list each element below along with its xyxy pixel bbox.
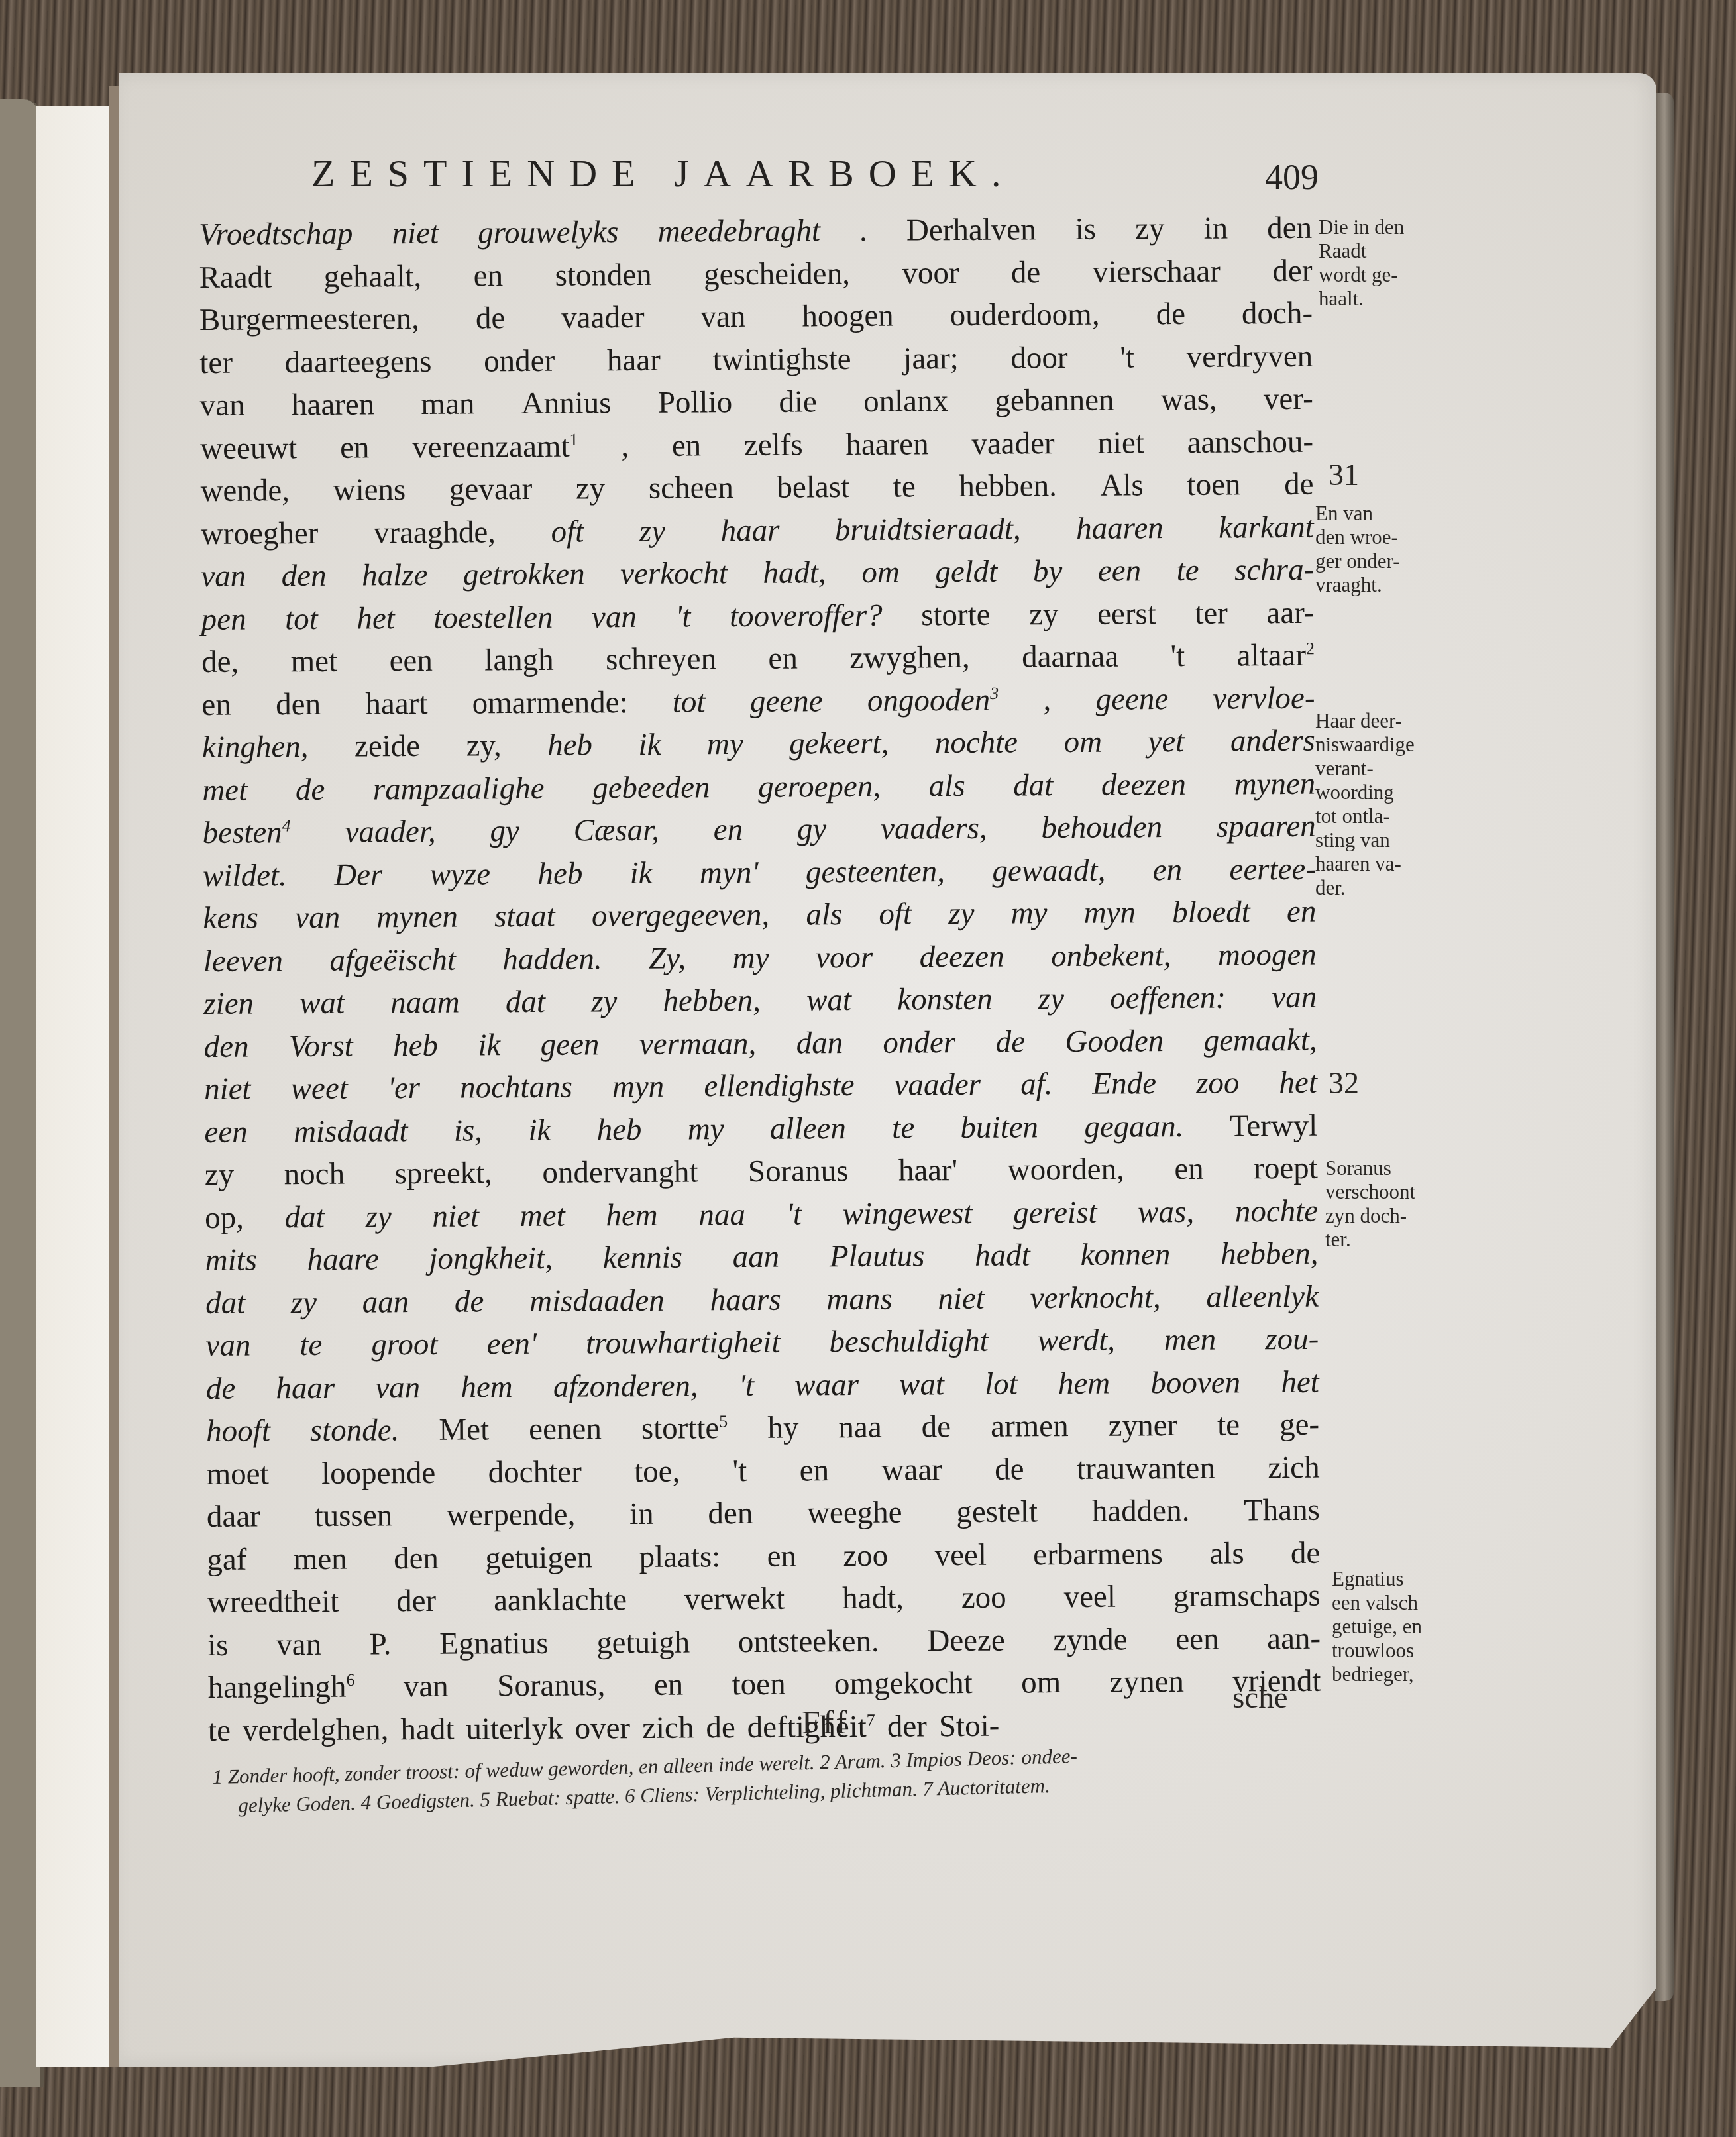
word: niet <box>938 1277 985 1320</box>
word: als <box>1209 1532 1244 1575</box>
word: verdryven <box>1187 335 1313 378</box>
word: haart <box>365 682 427 725</box>
word: verknocht, <box>1030 1276 1160 1320</box>
word: hooft <box>206 1409 270 1452</box>
word: loopende <box>321 1451 436 1495</box>
word: de <box>455 1280 484 1323</box>
word: een <box>389 639 433 683</box>
word: 't <box>1120 336 1134 379</box>
word: hy <box>767 1407 798 1450</box>
word: yet <box>1148 720 1184 763</box>
word: haaren <box>845 423 929 466</box>
word: veel <box>1063 1576 1116 1619</box>
margin-note-line: haaren va- <box>1315 852 1488 876</box>
word: mans <box>826 1278 893 1321</box>
word: naa <box>838 1406 882 1449</box>
word: was, <box>1138 1190 1194 1233</box>
word: hangelingh6 <box>207 1666 354 1710</box>
word: weeghe <box>807 1492 902 1535</box>
word: alleenlyk <box>1206 1275 1319 1319</box>
word: waar <box>794 1363 859 1406</box>
word: ongooden3 <box>867 679 999 722</box>
word: en <box>768 637 798 680</box>
word: , <box>621 425 629 468</box>
word: zy <box>1038 977 1065 1020</box>
word: misdaadt <box>294 1110 408 1154</box>
word: zoo <box>1196 1062 1240 1105</box>
word: hebben, <box>663 979 761 1022</box>
word: van <box>700 296 745 339</box>
word: moogen <box>1218 933 1317 976</box>
word: vaader, <box>345 810 435 853</box>
word: afgeëischt <box>329 938 456 982</box>
word: Burgermeesteren, <box>199 298 419 342</box>
word: deezen <box>920 935 1004 978</box>
word: myn' <box>700 851 759 894</box>
word: in <box>629 1493 654 1536</box>
word: Terwyl <box>1230 1104 1318 1147</box>
margin-note-line: verant- <box>1315 757 1488 781</box>
margin-note-line: bedrieger, <box>1332 1663 1504 1686</box>
word: grouwelyks <box>478 211 619 254</box>
margin-note-line: getuige, en <box>1332 1615 1504 1639</box>
word: daarteegens <box>285 340 432 384</box>
word: vervloe- <box>1213 677 1315 720</box>
word: dat <box>506 981 545 1024</box>
word: de <box>206 1367 236 1410</box>
word: onbekent, <box>1051 934 1171 978</box>
text-line: Vroedtschapnietgrouwelyksmeedebraght.Der… <box>199 207 1312 256</box>
word: als <box>806 893 842 936</box>
word: hebben. <box>959 465 1057 508</box>
margin-note-line: ter. <box>1325 1228 1497 1252</box>
word: 't <box>739 1364 755 1407</box>
word: Cæsar, <box>573 809 659 852</box>
word: behouden <box>1041 806 1162 849</box>
word: aanklachte <box>494 1578 627 1622</box>
margin-note-line: ger onder- <box>1315 549 1488 573</box>
word: ter <box>199 341 233 384</box>
word: waar <box>881 1449 942 1492</box>
word: van <box>200 384 245 427</box>
text-line: weeuwtenvereenzaamt1,enzelfshaarenvaader… <box>200 420 1313 470</box>
margin-note-line: sting van <box>1315 828 1488 852</box>
word: geene <box>1095 678 1168 721</box>
margin-note-line: haalt. <box>1319 287 1491 311</box>
word: getuigen <box>485 1536 592 1579</box>
word: zou- <box>1265 1318 1319 1361</box>
word: nochtans <box>460 1066 572 1110</box>
word: ik <box>638 724 661 767</box>
word: zy <box>591 980 618 1023</box>
word: gy <box>490 810 519 853</box>
margin-note-line: En van <box>1315 502 1488 525</box>
word: daar <box>207 1495 260 1538</box>
text-line: pentothettoestellenvan'ttooveroffer?stor… <box>201 591 1315 641</box>
word: daarnaa <box>1022 635 1119 679</box>
word: toen <box>1187 463 1240 506</box>
word: hadden. <box>1092 1490 1190 1533</box>
word: toe, <box>634 1450 680 1493</box>
margin-note-line: tot ontla- <box>1315 804 1488 828</box>
text-line: wende,wiensgevaarzyscheenbelasttehebben.… <box>200 463 1313 513</box>
word: gereist <box>1013 1191 1097 1234</box>
word: . <box>859 209 867 252</box>
word: kinghen, <box>202 726 309 769</box>
word: een' <box>486 1323 537 1366</box>
margin-note-line: woording <box>1315 781 1488 804</box>
text-line: terdaarteegensonderhaartwintighstejaar;d… <box>199 335 1313 384</box>
word: te <box>1217 1403 1240 1447</box>
text-line: op,datzynietmethemnaa'twingewestgereistw… <box>205 1189 1318 1239</box>
word: geen <box>541 1023 600 1066</box>
word: die <box>779 380 817 423</box>
text-line: leevenafgeëischthadden.Zy,myvoordeezenon… <box>203 933 1317 983</box>
word: Soranus <box>748 1150 849 1193</box>
word: Thans <box>1244 1489 1320 1532</box>
word: my <box>688 1108 724 1151</box>
word: , <box>1043 679 1051 722</box>
word: trouwhartigheit <box>586 1321 781 1365</box>
word: niet <box>1097 421 1144 465</box>
word: rampzaalighe <box>373 767 545 810</box>
word: gaf <box>207 1538 246 1581</box>
word: hadt, <box>842 1577 904 1620</box>
text-line: denVorsthebikgeenvermaan,danonderdeGoode… <box>203 1018 1317 1068</box>
text-line: metderampzaalighegebeedengeroepen,alsdat… <box>202 762 1315 812</box>
word: en <box>1153 848 1183 891</box>
word: niet <box>204 1068 251 1111</box>
word: Der <box>334 853 382 897</box>
word: heb <box>393 1024 438 1067</box>
text-line: kensvanmynenstaatovergegeeven,alsoftzymy… <box>203 891 1316 940</box>
word: vaaders, <box>881 807 987 850</box>
text-line: hangelingh6vanSoranus,entoenomgekochtomz… <box>207 1660 1321 1710</box>
word: zynde <box>1053 1618 1128 1661</box>
word: is <box>207 1623 229 1667</box>
word: halze <box>362 554 428 597</box>
text-line: mitshaarejongkheit,kennisaanPlautushadtk… <box>205 1233 1318 1282</box>
word: dat <box>285 1195 325 1238</box>
word: Deeze <box>927 1619 1005 1662</box>
word: de <box>995 1448 1024 1491</box>
word: hadt <box>400 1708 454 1751</box>
word: den <box>282 555 327 598</box>
word: roept <box>1254 1147 1318 1190</box>
word: de <box>995 1020 1025 1064</box>
word: uiterlyk <box>466 1707 563 1750</box>
word: en <box>767 1535 796 1578</box>
text-line: dehaarvanhemafzonderen,'twaarwatlothembo… <box>206 1360 1319 1410</box>
word: om <box>1021 1661 1061 1704</box>
word: te <box>893 465 916 508</box>
margin-note-line: der. <box>1315 876 1488 900</box>
word: den <box>708 1492 753 1535</box>
word: P. <box>370 1623 392 1666</box>
word: storte <box>921 593 991 636</box>
word: zien <box>203 983 254 1026</box>
word: zy <box>948 893 975 936</box>
word: getuigh <box>596 1621 690 1664</box>
word: haar' <box>898 1149 958 1192</box>
word: scheen <box>649 466 733 510</box>
word: eertee- <box>1229 848 1316 891</box>
word: moet <box>206 1452 268 1496</box>
word: om <box>1063 721 1102 764</box>
word: door <box>1010 336 1068 379</box>
word: toen <box>732 1663 785 1706</box>
word: met <box>520 1194 565 1237</box>
word: wat <box>806 979 851 1022</box>
word: het <box>1279 1062 1317 1105</box>
footnote-ref: 5 <box>719 1412 728 1431</box>
word: deezen <box>1101 763 1186 806</box>
footnote-ref: 6 <box>346 1671 354 1690</box>
word: Plautus <box>830 1234 925 1278</box>
word: karkant <box>1219 506 1314 549</box>
word: haars <box>710 1278 781 1321</box>
word: en <box>654 1664 684 1707</box>
word: ge- <box>1279 1403 1319 1447</box>
word: gestelt <box>956 1490 1038 1533</box>
text-line: nietweet'ernochtansmynellendighstevaader… <box>204 1062 1317 1111</box>
word: vermaan, <box>639 1022 757 1066</box>
word: pen <box>201 598 246 641</box>
word: zy <box>1029 593 1059 636</box>
footnote-ref: 1 <box>569 429 578 449</box>
word: niet <box>392 212 439 255</box>
word: zy <box>291 1281 317 1324</box>
word: stonde. <box>310 1409 400 1452</box>
word: af. <box>1020 1063 1053 1106</box>
word: Gooden <box>1065 1020 1164 1063</box>
word: jongkheit, <box>429 1237 553 1281</box>
word: zy, <box>466 724 501 767</box>
word: was, <box>1161 378 1217 421</box>
word: geldt <box>935 551 997 594</box>
margin-note-1: Die in den Raadt wordt ge- haalt. <box>1319 215 1491 311</box>
word: de <box>922 1405 951 1449</box>
word: anders <box>1230 720 1315 763</box>
word: my <box>1010 892 1047 935</box>
word: wroegher <box>201 512 319 555</box>
word: te <box>892 1107 914 1150</box>
catchword: sche <box>1232 1680 1288 1716</box>
text-line: zynochspreekt,ondervanghtSoranushaar'woo… <box>205 1147 1318 1197</box>
word: als <box>929 764 965 807</box>
word: gramschaps <box>1173 1574 1321 1618</box>
margin-note-line: Egnatius <box>1332 1567 1504 1591</box>
word: Pollio <box>658 381 733 424</box>
margin-note-line: vraaght. <box>1315 573 1488 597</box>
word: staat <box>494 895 555 938</box>
footnote-ref: 2 <box>1306 639 1315 658</box>
word: onder <box>484 339 555 382</box>
footnote-ref: 7 <box>867 1710 875 1729</box>
word: trauwanten <box>1077 1447 1215 1490</box>
word: verdelghen, <box>243 1708 389 1752</box>
word: my <box>733 936 769 979</box>
word: konsten <box>897 978 993 1021</box>
main-text-block: Vroedtschapnietgrouwelyksmeedebraght.Der… <box>199 207 1321 1752</box>
margin-note-line: verschoont <box>1325 1180 1497 1204</box>
word: aar- <box>1266 591 1314 634</box>
word: misdaaden <box>529 1279 665 1323</box>
word: ontsteeken. <box>738 1619 879 1663</box>
word: men <box>294 1537 347 1580</box>
word: voor <box>816 936 873 979</box>
word: plaats: <box>639 1535 720 1578</box>
word: zoo <box>961 1576 1006 1619</box>
text-line: kinghen,zeidezy,hebikmygekeert,nochteomy… <box>202 720 1315 769</box>
text-line: Burgermeesteren,devaadervanhoogenouderdo… <box>199 292 1313 342</box>
word: dochter <box>488 1451 582 1494</box>
word: naam <box>390 981 460 1024</box>
word: onlanx <box>863 380 948 423</box>
word: wende, <box>200 469 290 512</box>
word: ter <box>1195 592 1228 635</box>
word: aan <box>362 1281 409 1324</box>
word: alleen <box>770 1107 846 1150</box>
margin-note-line: Haar deer- <box>1315 709 1488 733</box>
word: werdt, <box>1038 1319 1115 1362</box>
word: verwekt <box>684 1578 785 1621</box>
word: de <box>1284 463 1314 506</box>
text-line: datzyaandemisdaadenhaarsmansnietverknoch… <box>205 1275 1319 1325</box>
word: spaaren <box>1217 805 1316 848</box>
word: en <box>201 683 231 726</box>
word: tot <box>673 681 706 724</box>
word: te <box>1176 549 1199 592</box>
word: haare <box>307 1238 379 1281</box>
margin-note-line: een valsch <box>1332 1591 1504 1615</box>
word: Zy, <box>649 937 686 980</box>
text-line: besten4vaader,gyCæsar,engyvaaders,behoud… <box>203 805 1316 855</box>
text-line: eenmisdaadtis,ikhebmyalleentebuitengegaa… <box>204 1104 1317 1154</box>
word: zwyghen, <box>849 636 970 680</box>
word: wat <box>299 982 345 1025</box>
word: zoo <box>843 1534 888 1577</box>
word: den <box>1267 207 1312 250</box>
word: van <box>404 1665 449 1708</box>
word: Ende <box>1092 1062 1156 1105</box>
word: de, <box>201 641 239 684</box>
word: tooveroffer? <box>730 594 883 637</box>
word: en <box>714 808 743 851</box>
word: zy <box>576 467 606 510</box>
text-line: vanhaarenmanAnniusPolliodieonlanxgebanne… <box>200 378 1313 427</box>
word: de <box>1156 293 1185 336</box>
word: wildet. <box>203 854 287 897</box>
word: zich <box>1268 1446 1320 1489</box>
word: is, <box>454 1109 483 1152</box>
word: armen <box>991 1405 1069 1448</box>
word: gebeeden <box>592 766 710 810</box>
word: weeuwt <box>200 427 298 470</box>
word: heb <box>547 724 592 767</box>
word: zich <box>642 1706 694 1749</box>
word: ik <box>630 851 653 895</box>
word: een <box>1175 1617 1219 1661</box>
word: bloedt <box>1172 891 1250 934</box>
word: 't <box>733 1449 747 1492</box>
word: Soranus, <box>497 1664 606 1707</box>
word: booven <box>1150 1361 1240 1404</box>
word: altaar2 <box>1236 634 1315 677</box>
text-line: moetloopendedochtertoe,'tenwaardetrauwan… <box>206 1446 1319 1496</box>
word: vaader <box>894 1064 981 1107</box>
word: erbarmens <box>1033 1533 1163 1576</box>
margin-note-line: den wroe- <box>1315 525 1488 549</box>
word: tot <box>285 597 318 640</box>
word: om <box>861 551 900 594</box>
word: by <box>1033 550 1063 593</box>
word: hem <box>606 1193 658 1236</box>
word: buiten <box>960 1106 1038 1149</box>
word: de <box>296 768 325 811</box>
word: Vroedtschap <box>199 213 353 256</box>
word: de <box>706 1706 735 1749</box>
word: niet <box>432 1195 479 1238</box>
word: ondervanght <box>542 1150 698 1194</box>
word: hebben, <box>1221 1233 1319 1276</box>
word: haar <box>276 1366 335 1409</box>
word: wat <box>899 1363 944 1406</box>
word: gesteenten, <box>806 850 945 894</box>
text-line: vantegrooteen'trouwhartigheitbeschuldigh… <box>205 1318 1319 1368</box>
word: gemaakt, <box>1203 1018 1317 1062</box>
word: tussen <box>314 1494 392 1537</box>
word: woorden, <box>1007 1148 1124 1191</box>
signature-mark: Fff <box>802 1703 849 1741</box>
word: belast <box>777 466 849 509</box>
word: omgekocht <box>834 1662 973 1706</box>
word: haar <box>720 509 779 552</box>
word: werpende, <box>447 1494 576 1537</box>
word: de <box>1291 1531 1321 1574</box>
word: der <box>887 1705 927 1748</box>
word: van <box>1272 976 1317 1019</box>
word: van <box>201 555 246 598</box>
word: met <box>202 769 247 812</box>
word: den <box>276 683 321 726</box>
word: zy <box>205 1154 235 1197</box>
word: hoogen <box>802 295 894 338</box>
word: mits <box>205 1238 257 1282</box>
word: in <box>1203 207 1228 250</box>
word: kennis <box>603 1236 682 1280</box>
word: stortte5 <box>641 1407 728 1450</box>
word: den <box>203 1025 248 1068</box>
text-line: endenhaartomarmende:totgeeneongooden3,ge… <box>201 677 1315 726</box>
word: van <box>276 1623 321 1666</box>
word: Egnatius <box>439 1621 549 1665</box>
word: doch- <box>1242 292 1313 335</box>
margin-note-line: wordt ge- <box>1319 263 1491 287</box>
word: aan- <box>1267 1617 1321 1660</box>
margin-note-line: Die in den <box>1319 215 1491 239</box>
word: ik <box>528 1109 551 1152</box>
margin-note-2: En van den wroe- ger onder- vraaght. <box>1315 502 1488 597</box>
word: vereenzaamt1 <box>412 425 578 468</box>
text-line: wroeghervraaghde,oftzyhaarbruidtsieraadt… <box>201 506 1314 555</box>
word: verkocht <box>620 552 728 595</box>
word: oft <box>551 510 584 553</box>
margin-note-line: zyn doch- <box>1325 1204 1497 1228</box>
word: zeide <box>354 725 421 768</box>
word: ellendighste <box>704 1064 854 1108</box>
word: zy <box>365 1195 392 1238</box>
